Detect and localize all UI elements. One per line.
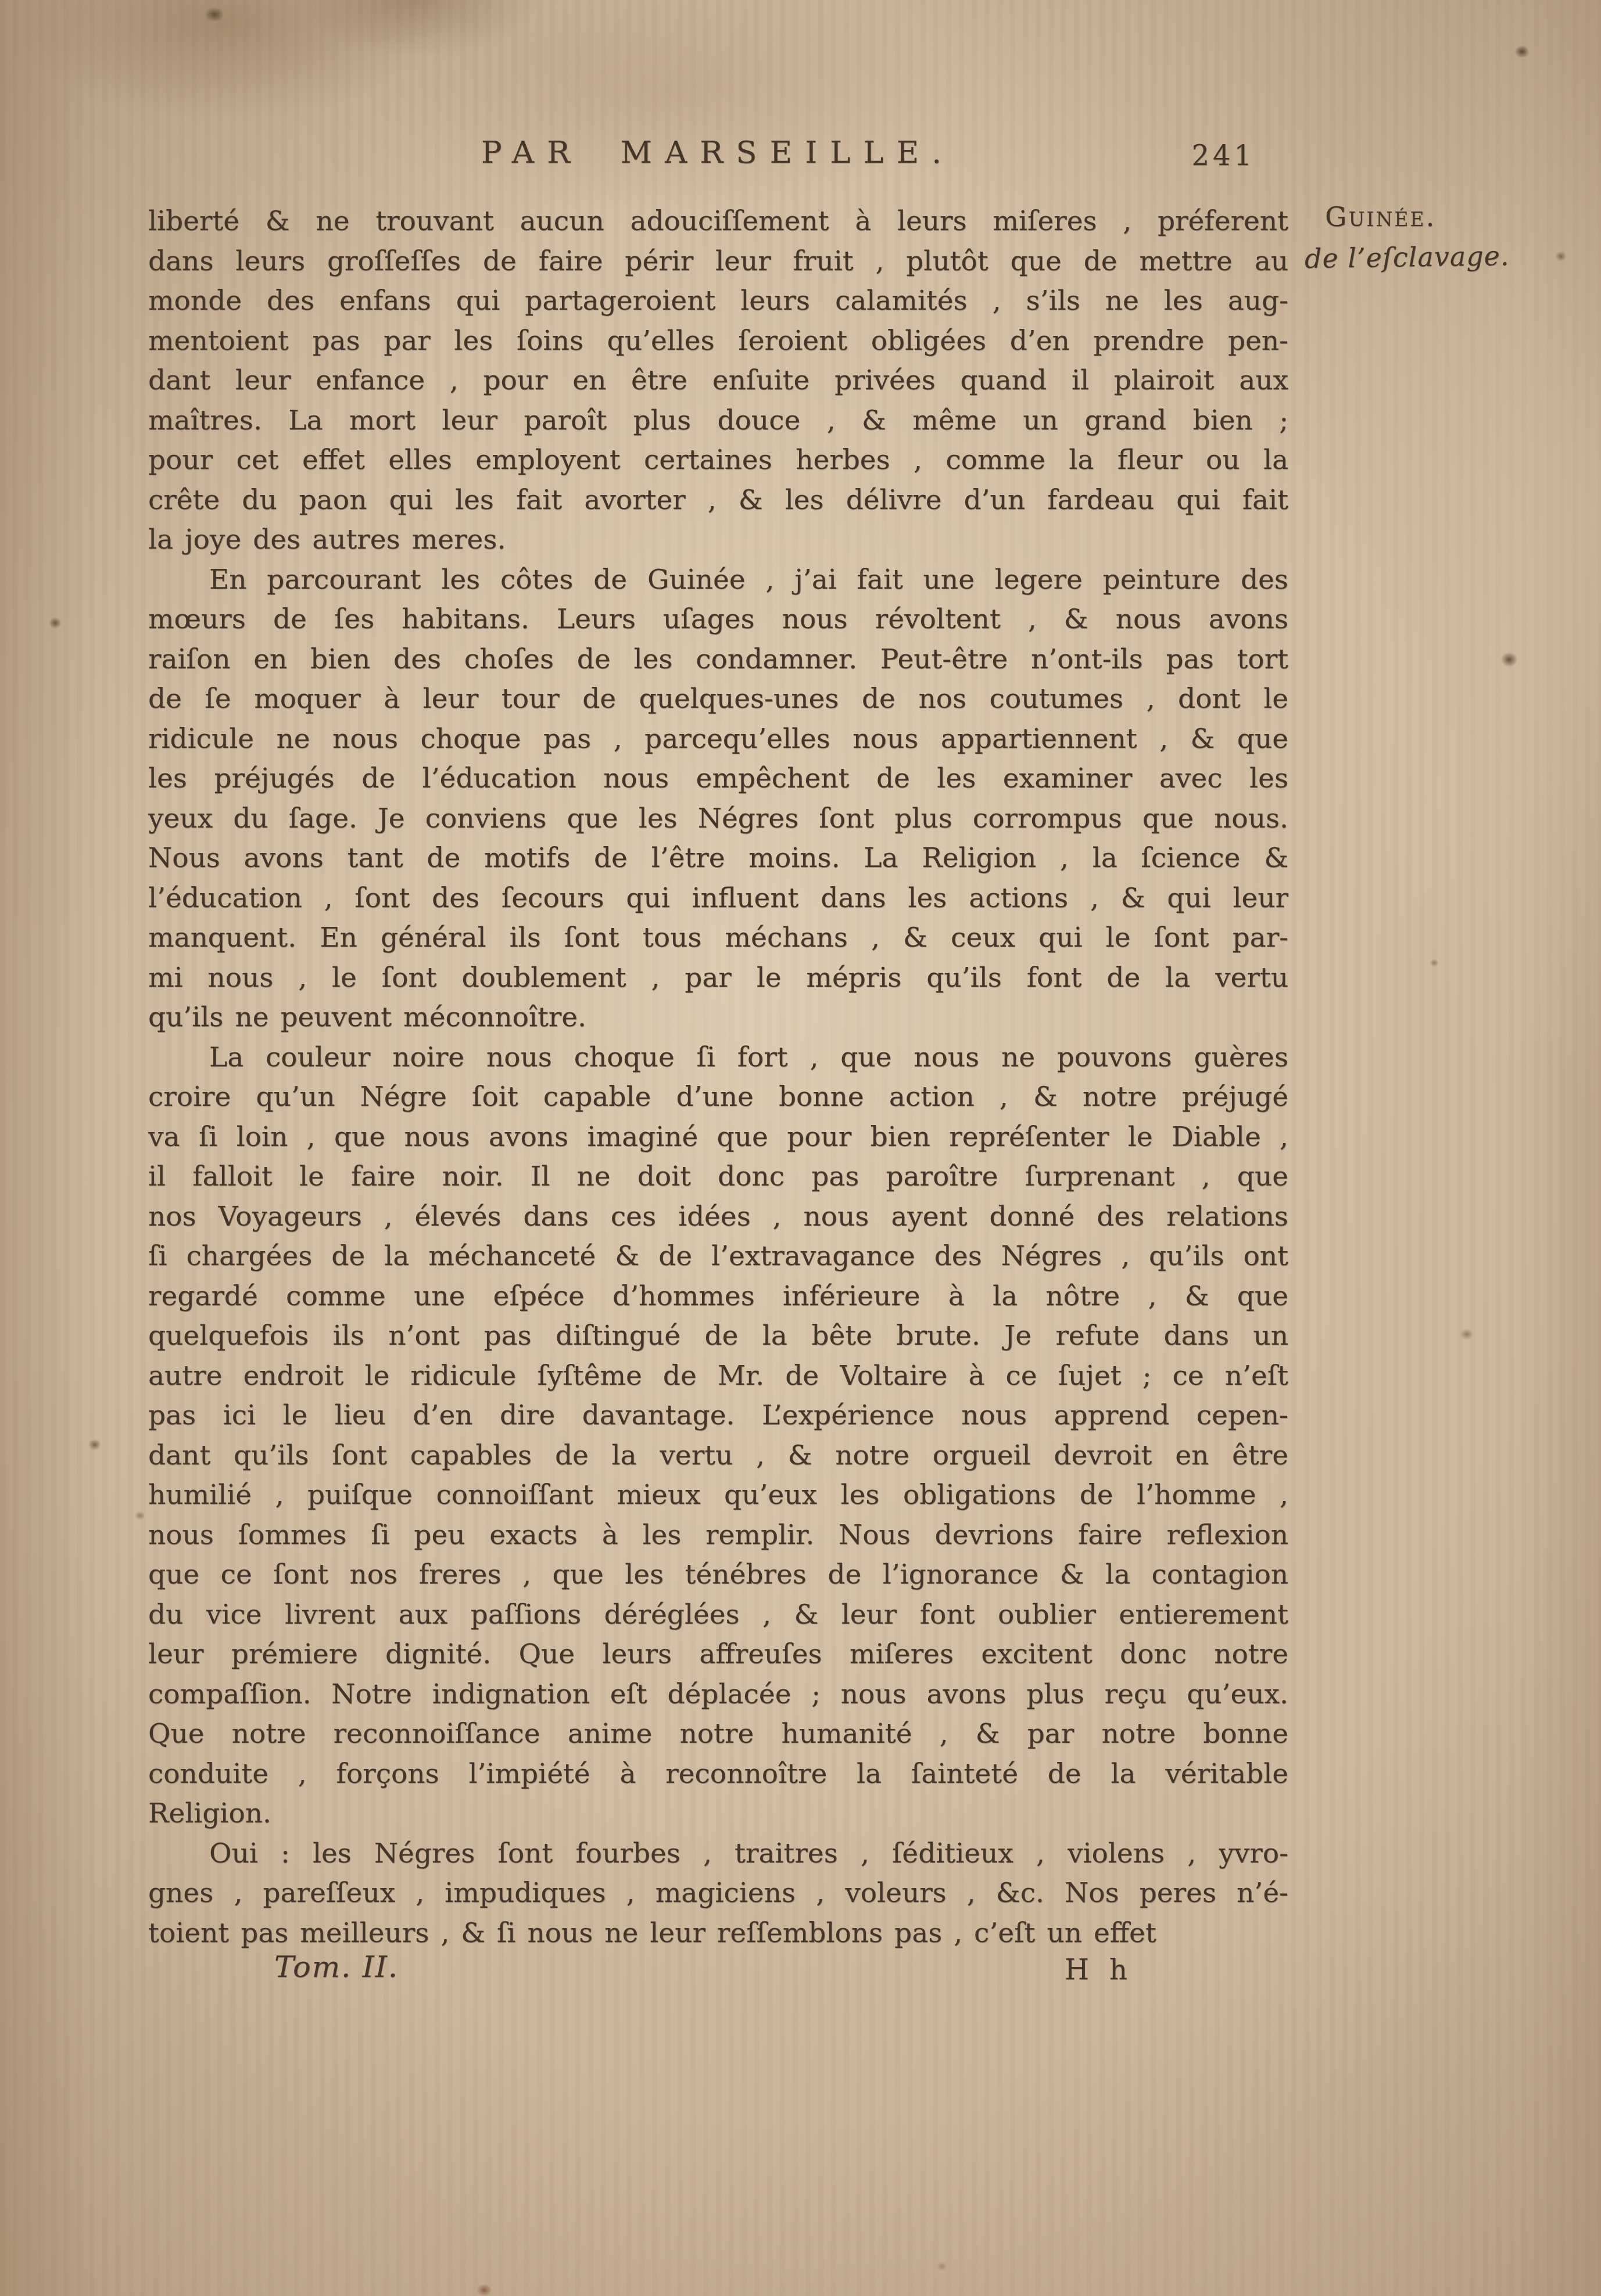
foxing-spot (477, 2284, 492, 2296)
text-line: yeux du ſage. Je conviens que les Négres… (148, 799, 1288, 839)
text-line: humilié , puiſque connoiſſant mieux qu’e… (148, 1475, 1288, 1516)
text-line: il falloit le faire noir. Il ne doit don… (148, 1157, 1288, 1197)
text-line: ridicule ne nous choque pas , parcequ’el… (148, 719, 1288, 760)
text-line: ſi chargées de la méchanceté & de l’extr… (148, 1237, 1288, 1277)
text-line: va ſi loin , que nous avons imaginé que … (148, 1117, 1288, 1158)
text-line: pour cet effet elles employent certaines… (148, 440, 1288, 481)
foxing-spot (88, 1439, 101, 1450)
text-line: maîtres. La mort leur paroît plus douce … (148, 401, 1288, 441)
paragraph: Oui : les Négres ſont fourbes , traitres… (148, 1834, 1288, 1954)
text-line: nous ſommes ſi peu exacts à les remplir.… (148, 1516, 1288, 1556)
text-line: la joye des autres meres. (148, 520, 1288, 560)
text-line: mentoient pas par les ſoins qu’elles ſer… (148, 321, 1288, 361)
text-line: dant qu’ils ſont capables de la vertu , … (148, 1436, 1288, 1476)
text-line: quelquefois ils n’ont pas diſtingué de l… (148, 1316, 1288, 1356)
foxing-spot (1555, 251, 1567, 262)
volume-label: Tom. II. (274, 1950, 399, 1985)
text-line: qu’ils ne peuvent méconnoître. (148, 998, 1288, 1038)
text-line: Nous avons tant de motifs de l’être moin… (148, 839, 1288, 879)
text-line: compaſſion. Notre indignation eſt déplac… (148, 1675, 1288, 1715)
foxing-spot (1460, 1328, 1474, 1340)
body-text: liberté & ne trouvant aucun adouciſſemen… (148, 202, 1288, 1953)
text-line: gnes , pareſſeux , impudiques , magicien… (148, 1874, 1288, 1914)
text-line: monde des enfans qui partageroient leurs… (148, 281, 1288, 321)
text-line: conduite , forçons l’impiété à reconnoît… (148, 1754, 1288, 1794)
margin-note: Guinée. de l’eſclavage. (1305, 203, 1549, 270)
text-line: regardé comme une eſpéce d’hommes inféri… (148, 1277, 1288, 1317)
text-line: toient pas meilleurs , & ſi nous ne leur… (148, 1914, 1288, 1954)
text-line: les préjugés de l’éducation nous empêche… (148, 759, 1288, 799)
text-line: mi nous , le ſont doublement , par le mé… (148, 958, 1288, 998)
paragraph: La couleur noire nous choque ſi fort , q… (148, 1038, 1288, 1834)
text-line: mœurs de ſes habitans. Leurs uſages nous… (148, 600, 1288, 640)
foxing-spot (135, 1511, 145, 1520)
foxing-spot (1514, 45, 1530, 58)
text-line: dans leurs groſſeſſes de faire périr leu… (148, 242, 1288, 282)
margin-note-topic: de l’eſclavage. (1305, 242, 1549, 272)
text-line: nos Voyageurs , élevés dans ces idées , … (148, 1197, 1288, 1237)
text-line: leur prémiere dignité. Que leurs affreuſ… (148, 1635, 1288, 1675)
text-line: que ce ſont nos freres , que les ténébre… (148, 1555, 1288, 1595)
book-page: PAR MARSEILLE. 241 Guinée. de l’eſclavag… (0, 0, 1601, 2296)
text-line: du vice livrent aux paſſions déréglées ,… (148, 1595, 1288, 1635)
text-line: autre endroit le ridicule ſyſtême de Mr.… (148, 1356, 1288, 1396)
text-line: Religion. (148, 1794, 1288, 1834)
text-line: crête du paon qui les fait avorter , & l… (148, 481, 1288, 521)
foxing-spot (937, 2262, 947, 2271)
text-line: Oui : les Négres ſont fourbes , traitres… (148, 1834, 1288, 1874)
text-line: Que notre reconnoiſſance anime notre hum… (148, 1714, 1288, 1754)
margin-note-region: Guinée. (1325, 203, 1549, 231)
text-line: dant leur enfance , pour en être enſuite… (148, 361, 1288, 401)
text-line: de ſe moquer à leur tour de quelques-une… (148, 679, 1288, 719)
paragraph: liberté & ne trouvant aucun adouciſſemen… (148, 202, 1288, 560)
text-line: La couleur noire nous choque ſi fort , q… (148, 1038, 1288, 1078)
text-line: croire qu’un Négre ſoit capable d’une bo… (148, 1077, 1288, 1117)
paragraph: En parcourant les côtes de Guinée , j’ai… (148, 560, 1288, 1038)
text-line: raiſon en bien des choſes de les condamn… (148, 640, 1288, 680)
page-number: 241 (1191, 139, 1255, 172)
text-line: manquent. En général ils ſont tous mécha… (148, 918, 1288, 958)
signature-mark: H h (1065, 1954, 1133, 1986)
text-line: En parcourant les côtes de Guinée , j’ai… (148, 560, 1288, 600)
foxing-spot (49, 617, 62, 629)
text-line: l’éducation , ſont des ſecours qui influ… (148, 879, 1288, 919)
page-header: PAR MARSEILLE. 241 (148, 135, 1287, 175)
text-line: pas ici le lieu d’en dire davantage. L’e… (148, 1396, 1288, 1436)
foxing-spot (1500, 652, 1518, 667)
text-line: liberté & ne trouvant aucun adouciſſemen… (148, 202, 1288, 242)
foxing-spot (1430, 959, 1439, 967)
running-title: PAR MARSEILLE. (148, 135, 1287, 170)
foxing-spot (205, 7, 224, 22)
